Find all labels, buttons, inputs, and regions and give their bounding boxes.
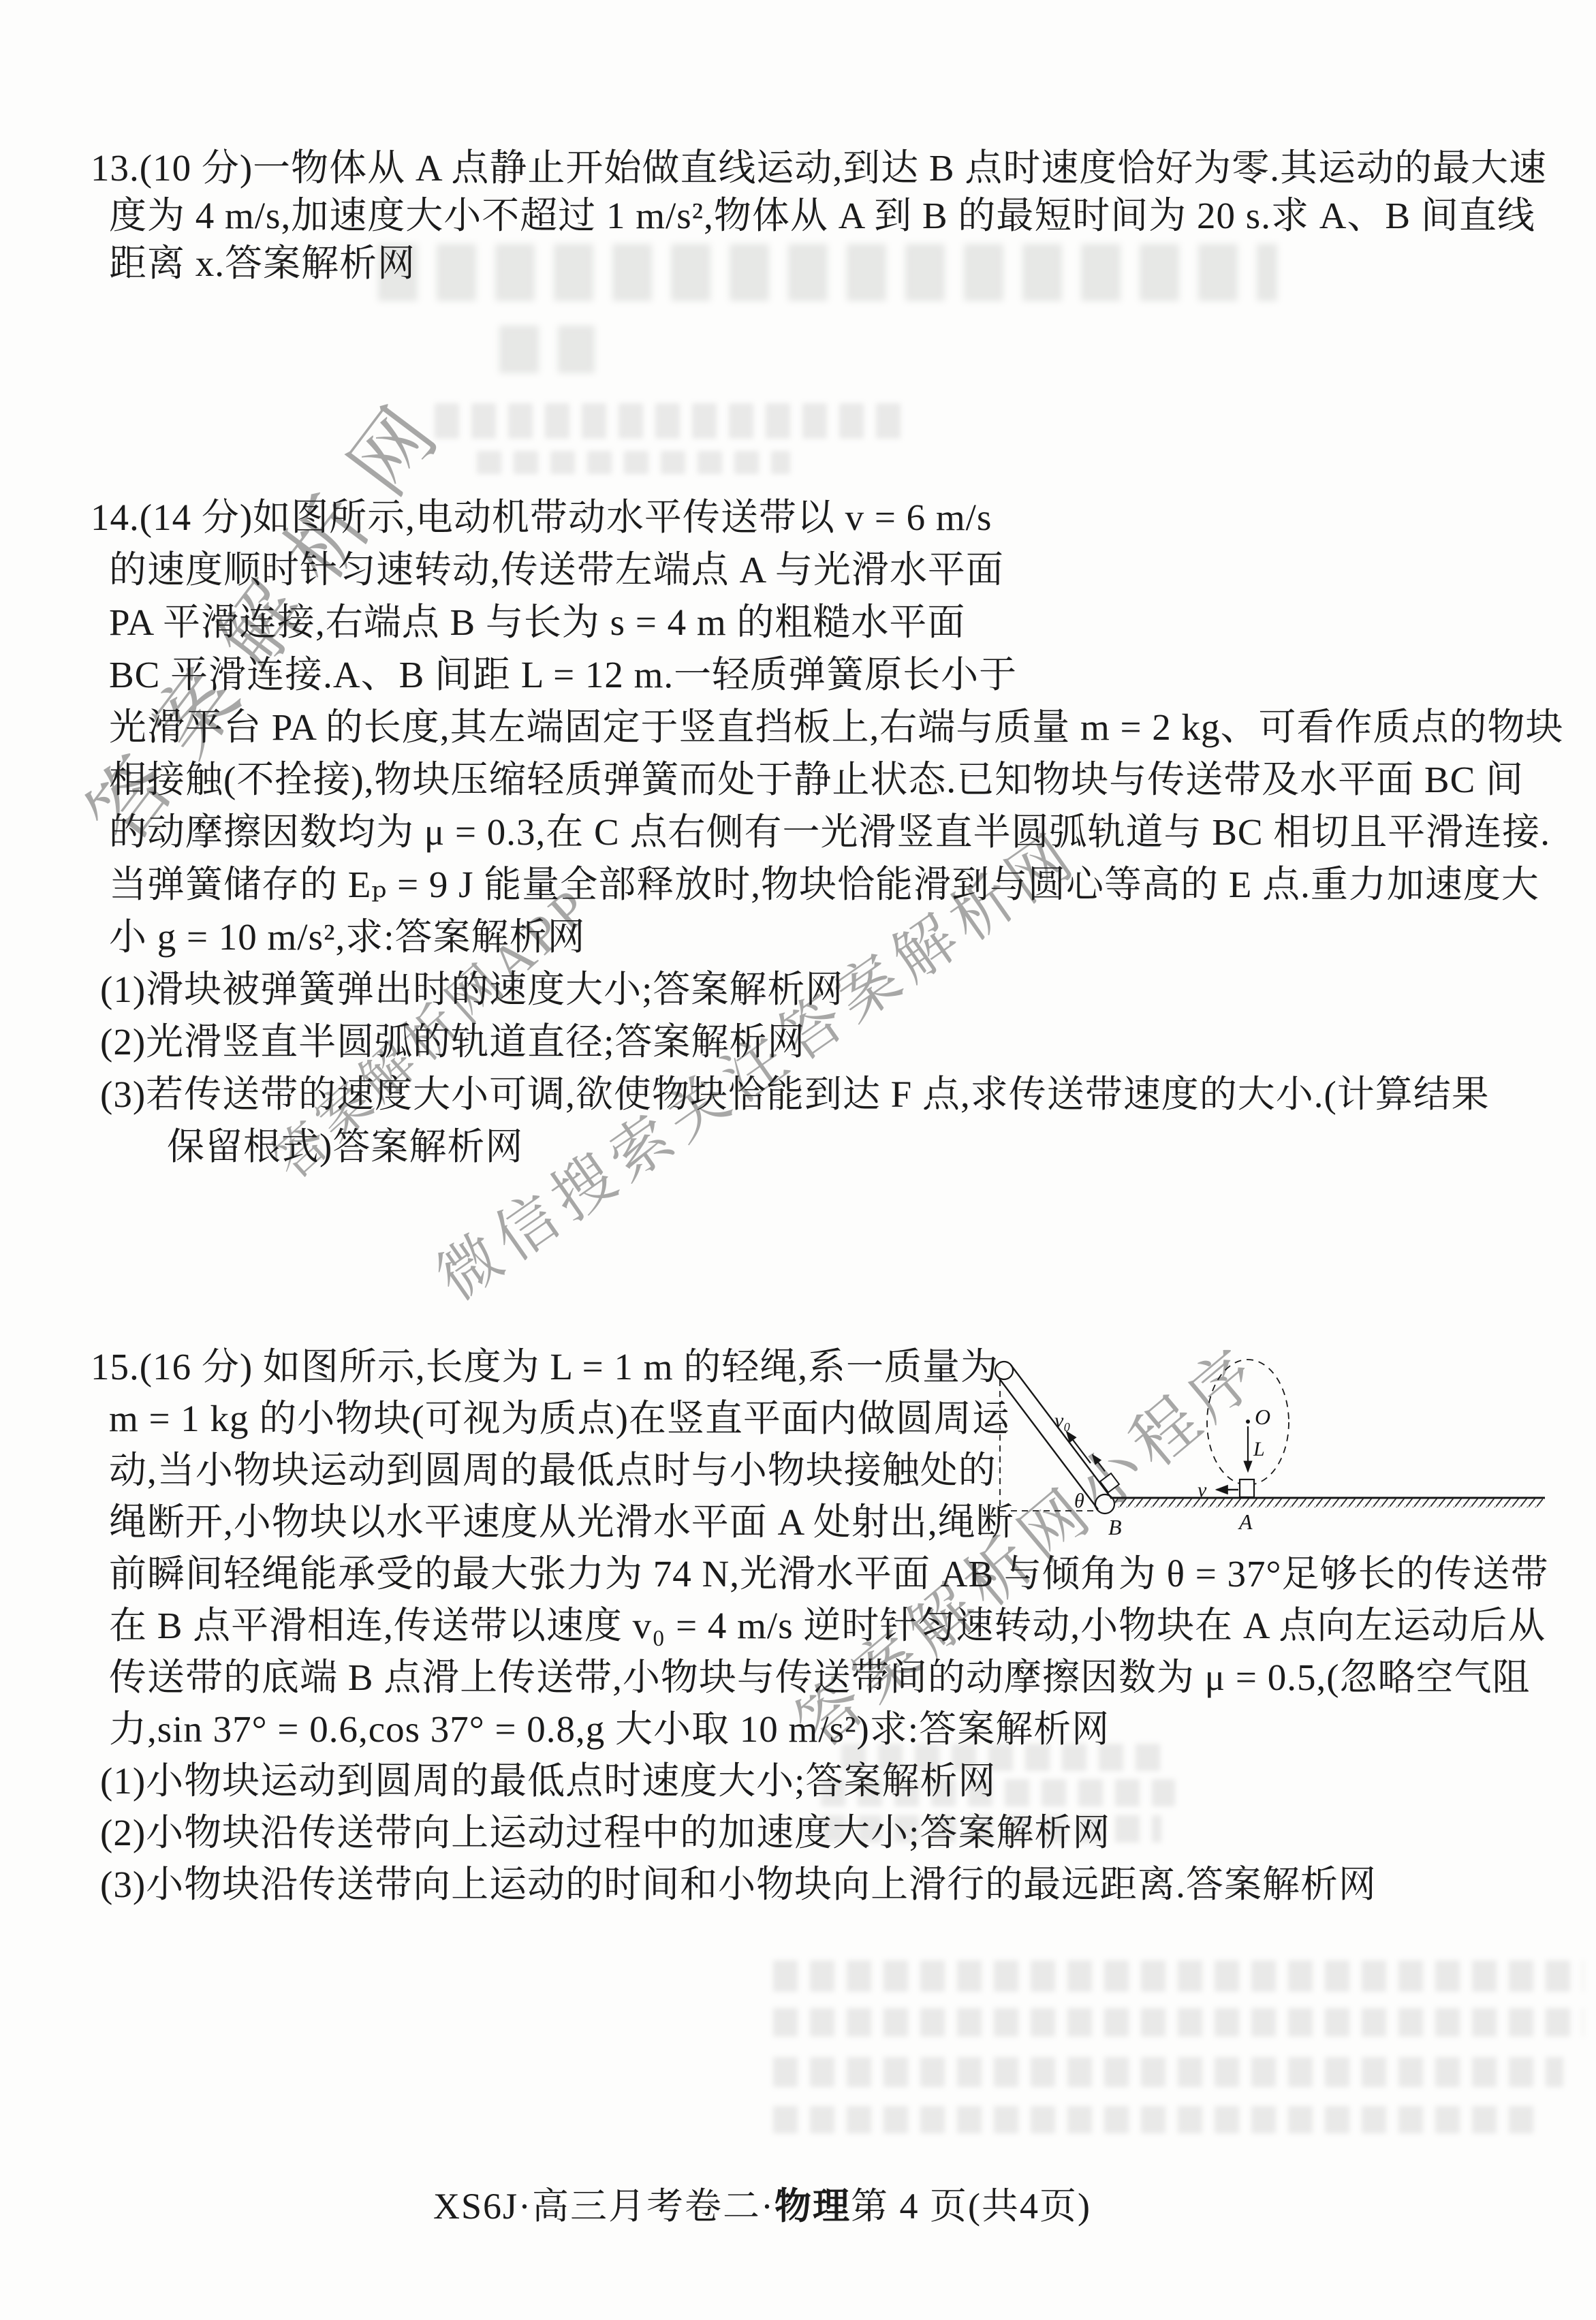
question-line: 13.(10 分)一物体从 A 点静止开始做直线运动,到达 B 点时速度恰好为零… (91, 146, 1547, 190)
question-line: (3)小物块沿传送带向上运动的时间和小物块向上滑行的最远距离.答案解析网 (100, 1863, 1377, 1907)
question-line: 动,当小物块运动到圆周的最低点时与小物块接触处的 (109, 1449, 997, 1492)
svg-text:v: v (1198, 1479, 1207, 1501)
question-line: 前瞬间轻绳能承受的最大张力为 74 N,光滑水平面 AB 与倾角为 θ = 37… (109, 1552, 1548, 1596)
bleed-through-ghost (477, 451, 790, 474)
question-line: 15.(16 分) 如图所示,长度为 L = 1 m 的轻绳,系一质量为 (91, 1345, 999, 1389)
question-line: 力,sin 37° = 0.6,cos 37° = 0.8,g 大小取 10 m… (109, 1708, 1110, 1751)
svg-text:O: O (1255, 1405, 1270, 1429)
svg-text:A: A (1238, 1509, 1253, 1534)
bleed-through-ghost (499, 326, 595, 373)
bleed-through-ghost (773, 2106, 1536, 2133)
question-line: PA 平滑连接,右端点 B 与长为 s = 4 m 的粗糙水平面 (109, 601, 965, 644)
question-line: 传送带的底端 B 点滑上传送带,小物块与传送带间的动摩擦因数为 μ = 0.5,… (109, 1656, 1531, 1699)
question-line: 的动摩擦因数均为 μ = 0.3,在 C 点右侧有一光滑竖直半圆弧轨道与 BC … (109, 811, 1550, 854)
svg-text:θ: θ (1074, 1490, 1084, 1512)
bleed-through-ghost (773, 2057, 1563, 2087)
question-line: (2)光滑竖直半圆弧的轨道直径;答案解析网 (100, 1020, 805, 1064)
exam-page: 答案解析网 答案解析网APP 微信搜索关注答案解析网 答案解析网小程序 13.(… (0, 0, 1596, 2320)
question-line: m = 1 kg 的小物块(可视为质点)在竖直平面内做圆周运 (109, 1397, 1010, 1441)
question-line: 保留根式)答案解析网 (167, 1125, 523, 1169)
footer-page-number: 第 4 页(共4页) (851, 2186, 1091, 2227)
question-line: (3)若传送带的速度大小可调,欲使物块恰能到达 F 点,求传送带速度的大小.(计… (100, 1073, 1490, 1116)
bleed-through-ghost (435, 403, 911, 439)
question-line: 14.(14 分)如图所示,电动机带动水平传送带以 v = 6 m/s (91, 496, 992, 539)
question-line: 当弹簧储存的 Eₚ = 9 J 能量全部释放时,物块恰能滑到与圆心等高的 E 点… (109, 863, 1539, 907)
question-line: 度为 4 m/s,加速度大小不超过 1 m/s²,物体从 A 到 B 的最短时间… (109, 194, 1535, 238)
block-on-belt (1100, 1473, 1119, 1492)
footer-code: XS6J·高三月考卷二· (433, 2186, 774, 2227)
question-line: 的速度顺时针匀速转动,传送带左端点 A 与光滑水平面 (109, 548, 1004, 592)
question-line: 相接触(不拴接),物块压缩轻质弹簧而处于静止状态.已知物块与传送带及水平面 BC… (109, 758, 1524, 802)
ground-hatch-icon (1115, 1499, 1543, 1507)
question-line: 在 B 点平滑相连,传送带以速度 v₀ = 4 m/s 逆时针匀速转动,小物块在… (109, 1604, 1546, 1648)
question-line: (2)小物块沿传送带向上运动过程中的加速度大小;答案解析网 (100, 1811, 1110, 1855)
page-footer: XS6J·高三月考卷二·物理第 4 页(共4页) (433, 2177, 1091, 2229)
block-arrow-icon (1093, 1455, 1105, 1471)
bleed-through-ghost (773, 2008, 1584, 2037)
figure-q15-incline-circle-diagram: v₀ θ B A v O L (984, 1338, 1550, 1543)
question-line: 小 g = 10 m/s²,求:答案解析网 (109, 915, 586, 959)
footer-subject: 物理 (774, 2186, 851, 2227)
bleed-through-ghost (378, 244, 1277, 301)
belt-velocity-arrow-icon (1067, 1432, 1091, 1463)
figure-q14-conveyor-diagram: P m A v B L s C F O E 光滑面 粗糙面 (981, 501, 1301, 661)
question-line: (1)小物块运动到圆周的最低点时速度大小;答案解析网 (100, 1759, 996, 1803)
svg-text:v₀: v₀ (1054, 1409, 1071, 1432)
question-line: BC 平滑连接.A、B 间距 L = 12 m.一轻质弹簧原长小于 (109, 653, 1017, 697)
block-at-A (1240, 1479, 1254, 1497)
svg-text:L: L (1253, 1438, 1265, 1460)
bleed-through-ghost (773, 1960, 1584, 1992)
question-line: 光滑平台 PA 的长度,其左端固定于竖直挡板上,右端与质量 m = 2 kg、可… (109, 706, 1564, 749)
question-line: 绳断开,小物块以水平速度从光滑水平面 A 处射出,绳断 (109, 1501, 1014, 1544)
question-line: (1)滑块被弹簧弹出时的速度大小;答案解析网 (100, 968, 843, 1012)
question-line: 距离 x.答案解析网 (109, 242, 416, 285)
svg-text:B: B (1108, 1515, 1122, 1539)
